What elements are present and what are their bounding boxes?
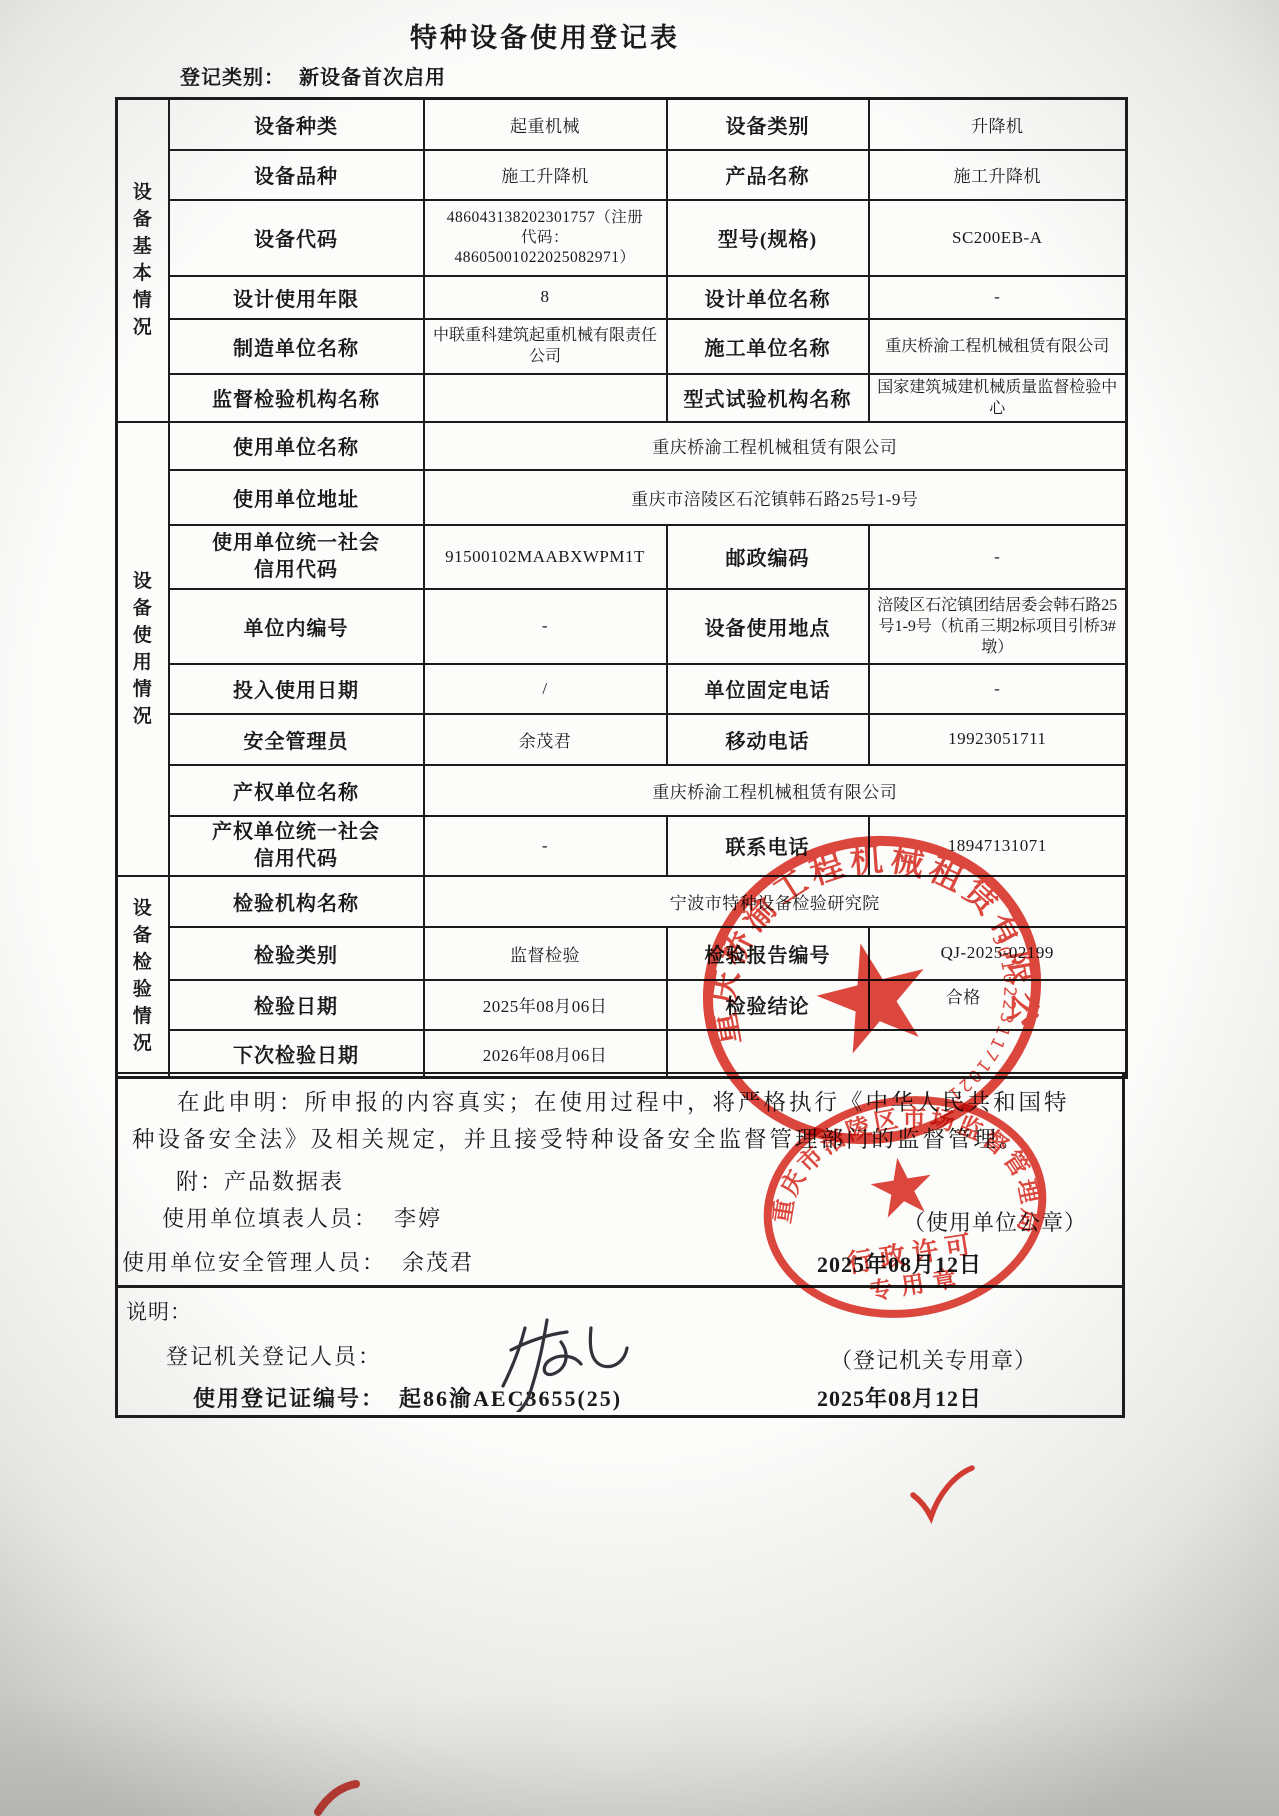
- label-contact-phone: 联系电话: [667, 816, 869, 876]
- device-code-line1: 486043138202301757（注册: [431, 208, 660, 228]
- device-code-line2: 代码：: [431, 228, 660, 248]
- label-manufacturer: 制造单位名称: [169, 319, 424, 374]
- label-user-credit-code: 使用单位统一社会信用代码: [169, 525, 424, 589]
- label-mobile-phone: 移动电话: [667, 714, 869, 765]
- label-device-kind: 设备种类: [169, 99, 424, 150]
- value-report-number: QJ-2025-02199: [869, 927, 1127, 980]
- label-device-code: 设备代码: [169, 200, 424, 276]
- page-title: 特种设备使用登记表: [115, 16, 975, 55]
- value-internal-number: -: [424, 589, 667, 664]
- label-design-life: 设计使用年限: [169, 276, 424, 319]
- authority-seal-note: （登记机关专用章）: [830, 1344, 1037, 1375]
- value-user-unit-address: 重庆市涪陵区石沱镇韩石路25号1-9号: [424, 470, 1127, 525]
- row-owner-credit-code: 产权单位统一社会信用代码 - 联系电话 18947131071: [117, 816, 1127, 876]
- manager-name: 余茂君: [402, 1250, 474, 1275]
- conclusion-text: 合格: [946, 983, 981, 1008]
- row-device-code: 设备代码 486043138202301757（注册 代码： 486050010…: [117, 200, 1127, 276]
- row-device-variety: 设备品种 施工升降机 产品名称 施工升降机: [117, 150, 1127, 200]
- label-owner-credit-code: 产权单位统一社会信用代码: [169, 816, 424, 876]
- value-manufacturer: 中联重科建筑起重机械有限责任公司: [424, 319, 667, 374]
- declaration-paragraph: 在此申明：所申报的内容真实；在使用过程中，将严格执行《中华人民共和国特 种设备安…: [132, 1084, 1108, 1158]
- value-design-life: 8: [424, 276, 667, 319]
- value-commission-date: /: [424, 664, 667, 714]
- row-owner-unit-name: 产权单位名称 重庆桥渝工程机械租赁有限公司: [117, 765, 1127, 816]
- label-use-location: 设备使用地点: [667, 589, 869, 664]
- label-model-spec: 型号(规格): [667, 200, 869, 276]
- label-user-unit-name: 使用单位名称: [169, 422, 424, 470]
- label-owner-unit-name: 产权单位名称: [169, 765, 424, 816]
- declaration-line2: 种设备安全法》及相关规定，并且接受特种设备安全监督管理部门的监督管理。: [132, 1121, 1108, 1158]
- notes-heading: 说明：: [126, 1296, 192, 1326]
- value-type-test-agency: 国家建筑城建机械质量监督检验中心: [869, 374, 1127, 422]
- registrar-line: 登记机关登记人员：: [166, 1340, 382, 1371]
- label-user-unit-address: 使用单位地址: [169, 470, 424, 525]
- row-user-unit-name: 设备使用情况 使用单位名称 重庆桥渝工程机械租赁有限公司: [117, 422, 1127, 470]
- label-internal-number: 单位内编号: [169, 589, 424, 664]
- value-user-unit-name: 重庆桥渝工程机械租赁有限公司: [424, 422, 1127, 470]
- row-safety-manager: 安全管理员 余茂君 移动电话 19923051711: [117, 714, 1127, 765]
- value-postal-code: -: [869, 525, 1127, 589]
- label-device-variety: 设备品种: [169, 150, 424, 200]
- row-design-life: 设计使用年限 8 设计单位名称 -: [117, 276, 1127, 319]
- row-user-unit-address: 使用单位地址 重庆市涪陵区石沱镇韩石路25号1-9号: [117, 470, 1127, 525]
- value-owner-credit-code: -: [424, 816, 667, 876]
- label-type-test-agency: 型式试验机构名称: [667, 374, 869, 422]
- manager-label: 使用单位安全管理人员：: [122, 1250, 386, 1275]
- value-construction-unit: 重庆桥渝工程机械租赁有限公司: [869, 319, 1127, 374]
- user-credit-code-text: 使用单位统一社会信用代码: [203, 530, 389, 584]
- section-basic-info: 设备基本情况: [117, 99, 169, 422]
- value-inspection-type: 监督检验: [424, 927, 667, 980]
- row-manufacturer: 制造单位名称 中联重科建筑起重机械有限责任公司 施工单位名称 重庆桥渝工程机械租…: [117, 319, 1127, 374]
- registration-category: 登记类别：新设备首次启用: [180, 61, 446, 90]
- label-report-number: 检验报告编号: [667, 927, 869, 980]
- row-internal-number: 单位内编号 - 设备使用地点 涪陵区石沱镇团结居委会韩石路25号1-9号（杭甬三…: [117, 589, 1127, 664]
- value-device-kind: 起重机械: [424, 99, 667, 150]
- label-product-name: 产品名称: [667, 150, 869, 200]
- value-inspection-conclusion: 合格: [869, 980, 1127, 1030]
- value-next-inspection-date: 2026年08月06日: [424, 1030, 667, 1078]
- value-design-unit: -: [869, 276, 1127, 319]
- row-inspection-type: 检验类别 监督检验 检验报告编号 QJ-2025-02199: [117, 927, 1127, 980]
- label-fixed-phone: 单位固定电话: [667, 664, 869, 714]
- label-commission-date: 投入使用日期: [169, 664, 424, 714]
- device-code-line3: 48605001022025082971）: [431, 248, 660, 268]
- filler-label: 使用单位填表人员：: [162, 1206, 378, 1231]
- certificate-number: 起86渝AEC3655(25): [399, 1386, 622, 1411]
- label-construction-unit: 施工单位名称: [667, 319, 869, 374]
- value-contact-phone: 18947131071: [869, 816, 1127, 876]
- section-inspection-info: 设备检验情况: [117, 876, 169, 1078]
- value-model-spec: SC200EB-A: [869, 200, 1127, 276]
- registration-category-label: 登记类别：: [180, 67, 285, 89]
- value-inspection-agency: 宁波市特种设备检验研究院: [424, 876, 1127, 927]
- filler-name: 李婷: [394, 1206, 442, 1231]
- empty-cell: [667, 1030, 1127, 1078]
- manager-line: 使用单位安全管理人员：余茂君: [122, 1246, 474, 1277]
- declaration-date: 2025年08月12日: [817, 1248, 982, 1279]
- certificate-line: 使用登记证编号：起86渝AEC3655(25): [193, 1382, 622, 1413]
- label-device-category: 设备类别: [667, 99, 869, 150]
- value-product-name: 施工升降机: [869, 150, 1127, 200]
- registration-table: 设备基本情况 设备种类 起重机械 设备类别 升降机 设备品种 施工升降机 产品名…: [115, 97, 1128, 1079]
- value-owner-unit-name: 重庆桥渝工程机械租赁有限公司: [424, 765, 1127, 816]
- value-supervision-agency: [424, 374, 667, 422]
- scanned-registration-form: 特种设备使用登记表 登记类别：新设备首次启用 设备基本情况 设备种类 起重机械 …: [0, 0, 1279, 1816]
- certificate-label: 使用登记证编号：: [193, 1386, 385, 1411]
- value-fixed-phone: -: [869, 664, 1127, 714]
- registration-category-value: 新设备首次启用: [299, 67, 446, 89]
- red-checkmark: [908, 1465, 978, 1525]
- label-postal-code: 邮政编码: [667, 525, 869, 589]
- value-device-category: 升降机: [869, 99, 1127, 150]
- declaration-line1: 在此申明：所申报的内容真实；在使用过程中，将严格执行《中华人民共和国特: [132, 1084, 1108, 1121]
- value-device-code: 486043138202301757（注册 代码： 48605001022025…: [424, 200, 667, 276]
- value-device-variety: 施工升降机: [424, 150, 667, 200]
- row-inspection-date: 检验日期 2025年08月06日 检验结论 合格: [117, 980, 1127, 1030]
- value-user-credit-code: 91500102MAABXWPM1T: [424, 525, 667, 589]
- value-inspection-date: 2025年08月06日: [424, 980, 667, 1030]
- owner-credit-code-text: 产权单位统一社会信用代码: [203, 819, 389, 873]
- label-design-unit: 设计单位名称: [667, 276, 869, 319]
- company-seal-note: （使用单位公章）: [903, 1206, 1087, 1237]
- declaration-box: 在此申明：所申报的内容真实；在使用过程中，将严格执行《中华人民共和国特 种设备安…: [115, 1072, 1125, 1288]
- label-next-inspection-date: 下次检验日期: [169, 1030, 424, 1078]
- value-safety-manager: 余茂君: [424, 714, 667, 765]
- row-commission-date: 投入使用日期 / 单位固定电话 -: [117, 664, 1127, 714]
- label-inspection-type: 检验类别: [169, 927, 424, 980]
- label-inspection-agency: 检验机构名称: [169, 876, 424, 927]
- filler-line: 使用单位填表人员：李婷: [162, 1202, 442, 1233]
- red-bottom-mark: [312, 1778, 362, 1816]
- label-supervision-agency: 监督检验机构名称: [169, 374, 424, 422]
- row-device-kind: 设备基本情况 设备种类 起重机械 设备类别 升降机: [117, 99, 1127, 150]
- attachment-note: 附：产品数据表: [176, 1165, 1122, 1196]
- row-credit-code: 使用单位统一社会信用代码 91500102MAABXWPM1T 邮政编码 -: [117, 525, 1127, 589]
- row-next-inspection-date: 下次检验日期 2026年08月06日: [117, 1030, 1127, 1078]
- notes-box: 说明： 登记机关登记人员： （登记机关专用章） 使用登记证编号：起86渝AEC3…: [115, 1286, 1125, 1418]
- registration-date: 2025年08月12日: [817, 1382, 982, 1413]
- section-use-info: 设备使用情况: [117, 422, 169, 876]
- row-supervision-agency: 监督检验机构名称 型式试验机构名称 国家建筑城建机械质量监督检验中心: [117, 374, 1127, 422]
- label-safety-manager: 安全管理员: [169, 714, 424, 765]
- scan-bottom-shade: [0, 1696, 1279, 1816]
- value-mobile-phone: 19923051711: [869, 714, 1127, 765]
- label-inspection-date: 检验日期: [169, 980, 424, 1030]
- value-use-location: 涪陵区石沱镇团结居委会韩石路25号1-9号（杭甬三期2标项目引桥3#墩）: [869, 589, 1127, 664]
- label-inspection-conclusion: 检验结论: [667, 980, 869, 1030]
- row-inspection-agency: 设备检验情况 检验机构名称 宁波市特种设备检验研究院: [117, 876, 1127, 927]
